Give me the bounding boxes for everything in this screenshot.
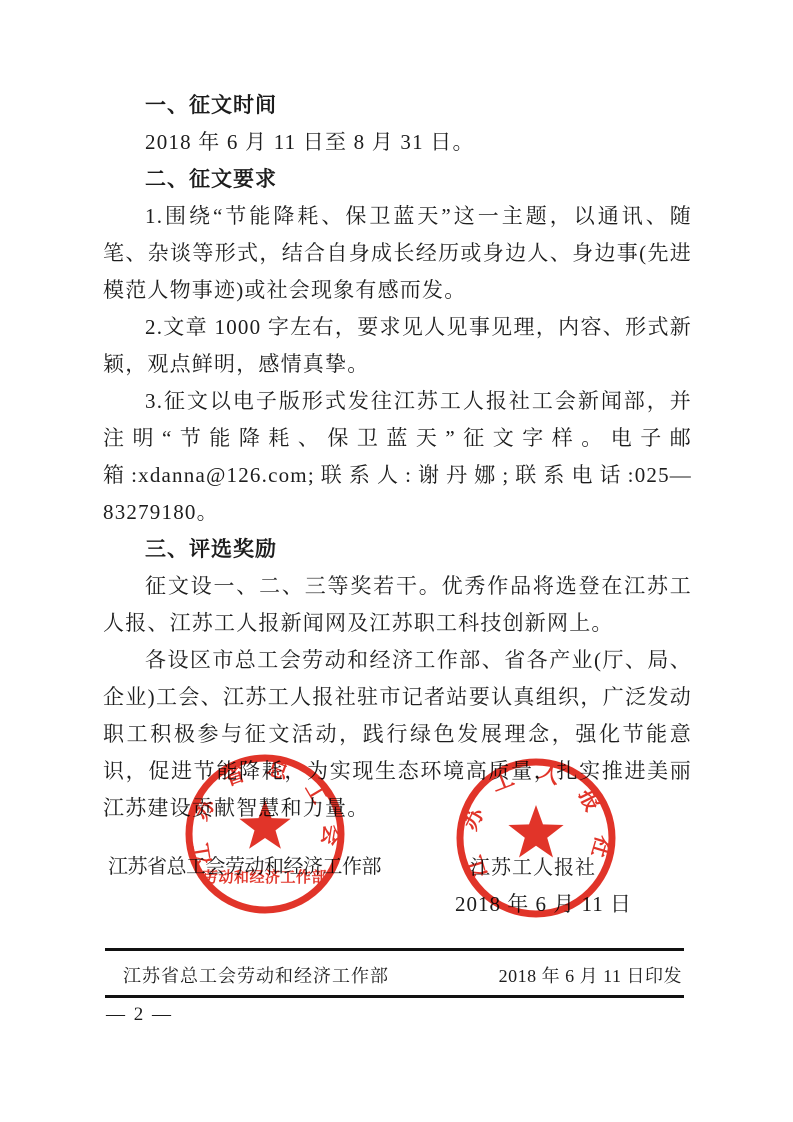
section-heading-3: 三、评选奖励 bbox=[103, 531, 692, 568]
footer-issuer: 江苏省总工会劳动和经济工作部 bbox=[105, 963, 389, 989]
footer-rule-top bbox=[105, 948, 684, 951]
star-icon bbox=[508, 805, 563, 858]
document-body: 一、征文时间 2018 年 6 月 11 日至 8 月 31 日。 二、征文要求… bbox=[103, 87, 692, 827]
paragraph-requirement-1: 1.围绕“节能降耗、保卫蓝天”这一主题，以通讯、随笔、杂谈等形式，结合自身成长经… bbox=[103, 198, 692, 309]
footer-rule-bottom bbox=[105, 995, 684, 998]
section-heading-2: 二、征文要求 bbox=[103, 161, 692, 198]
page-number: — 2 — bbox=[106, 1004, 173, 1026]
footer-colophon: 江苏省总工会劳动和经济工作部 2018 年 6 月 11 日印发 bbox=[105, 963, 684, 989]
paragraph-requirement-2: 2.文章 1000 字左右，要求见人见事见理，内容、形式新颖，观点鲜明，感情真挚… bbox=[103, 309, 692, 383]
section-heading-1: 一、征文时间 bbox=[103, 87, 692, 124]
paragraph-award-1: 征文设一、二、三等奖若干。优秀作品将选登在江苏工人报、江苏工人报新闻网及江苏职工… bbox=[103, 568, 692, 642]
star-icon bbox=[239, 800, 290, 849]
paragraph-requirement-3: 3.征文以电子版形式发往江苏工人报社工会新闻部，并注明“节能降耗、保卫蓝天”征文… bbox=[103, 383, 692, 531]
footer-print-date: 2018 年 6 月 11 日印发 bbox=[499, 963, 684, 989]
document-page: 一、征文时间 2018 年 6 月 11 日至 8 月 31 日。 二、征文要求… bbox=[0, 0, 793, 1122]
official-seal-left: 江苏省总工会 劳动和经济工作部 bbox=[183, 752, 347, 916]
seal-inner-text: 劳动和经济工作部 bbox=[203, 868, 327, 886]
official-seal-right: 江苏工人报社 bbox=[454, 756, 618, 920]
paragraph-date-range: 2018 年 6 月 11 日至 8 月 31 日。 bbox=[103, 124, 692, 161]
